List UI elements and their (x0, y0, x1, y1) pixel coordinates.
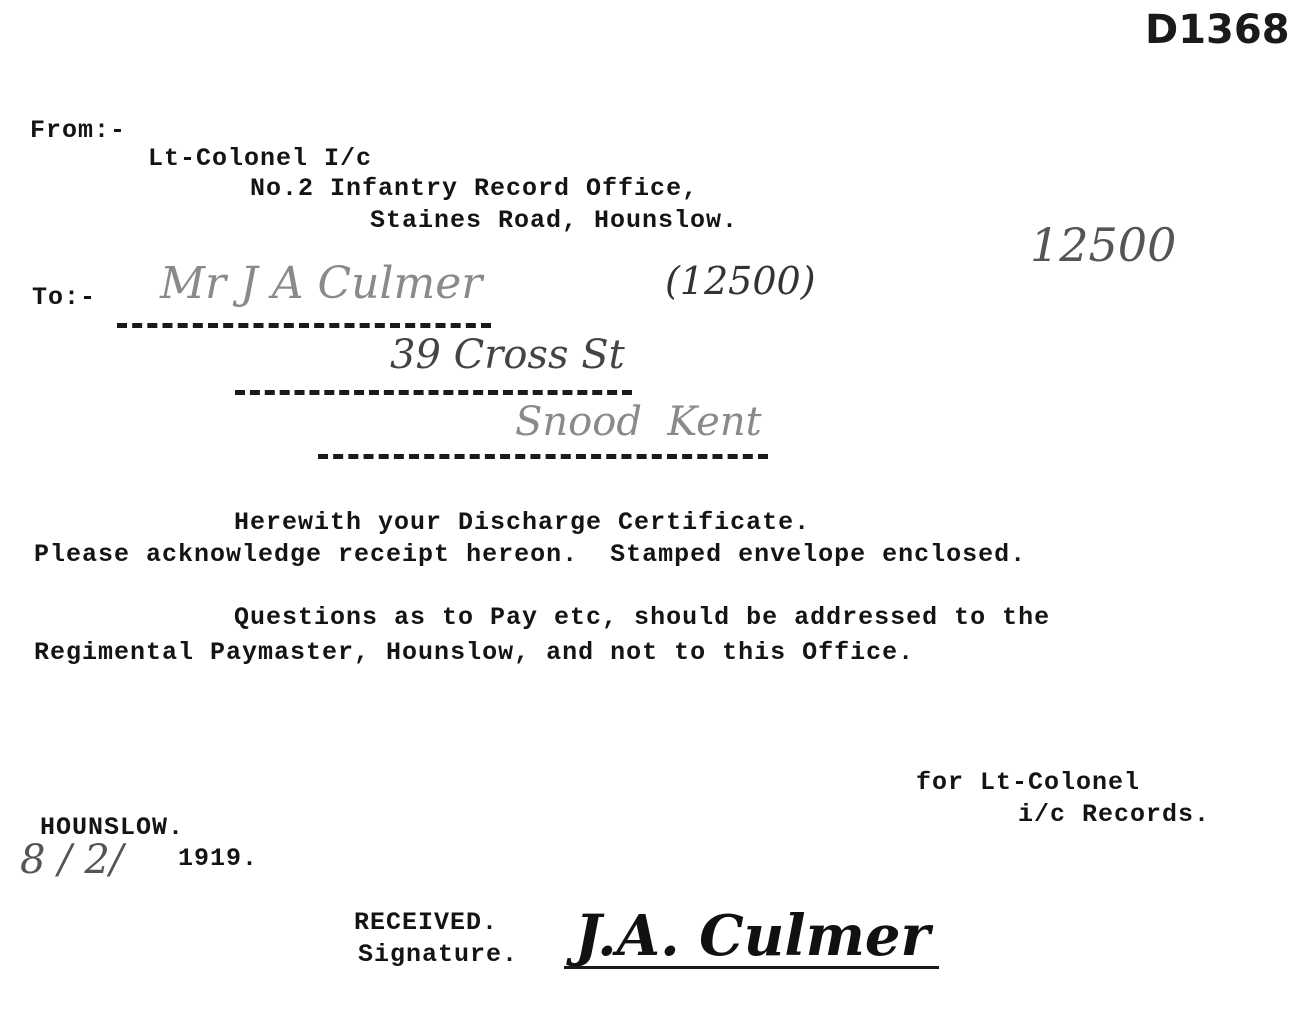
recipient-town: Snood Kent (515, 402, 762, 442)
recipient-name: Mr J A Culmer (160, 262, 482, 306)
from-label: From:- (30, 118, 126, 143)
date-year: 1919. (178, 846, 258, 871)
reference-number: D1368 (1145, 10, 1290, 50)
address-line-3 (318, 454, 768, 459)
signature-label: Signature. (358, 942, 518, 967)
side-note: 12500 (1030, 222, 1176, 268)
received-label: RECEIVED. (354, 910, 498, 935)
date-handwritten: 8 / 2/ (20, 840, 123, 880)
body-para1-line2: Please acknowledge receipt hereon. Stamp… (34, 542, 1026, 567)
address-line-1 (117, 323, 491, 328)
recipient-number: (12500) (665, 262, 816, 300)
signoff-line-2: i/c Records. (1018, 802, 1210, 827)
from-line-2: No.2 Infantry Record Office, (250, 176, 698, 201)
body-para1-line1: Herewith your Discharge Certificate. (234, 510, 810, 535)
from-line-3: Staines Road, Hounslow. (370, 208, 738, 233)
body-para2-line1: Questions as to Pay etc, should be addre… (234, 605, 1050, 630)
signoff-line-1: for Lt-Colonel (916, 770, 1140, 795)
address-line-2 (235, 390, 632, 395)
recipient-street-number: 39 Cross St (390, 335, 625, 375)
signature-line (564, 966, 939, 969)
from-line-1: Lt-Colonel I/c (148, 146, 372, 171)
signature: J.A. Culmer (575, 908, 930, 964)
to-label: To:- (32, 285, 96, 310)
body-para2-line2: Regimental Paymaster, Hounslow, and not … (34, 640, 914, 665)
